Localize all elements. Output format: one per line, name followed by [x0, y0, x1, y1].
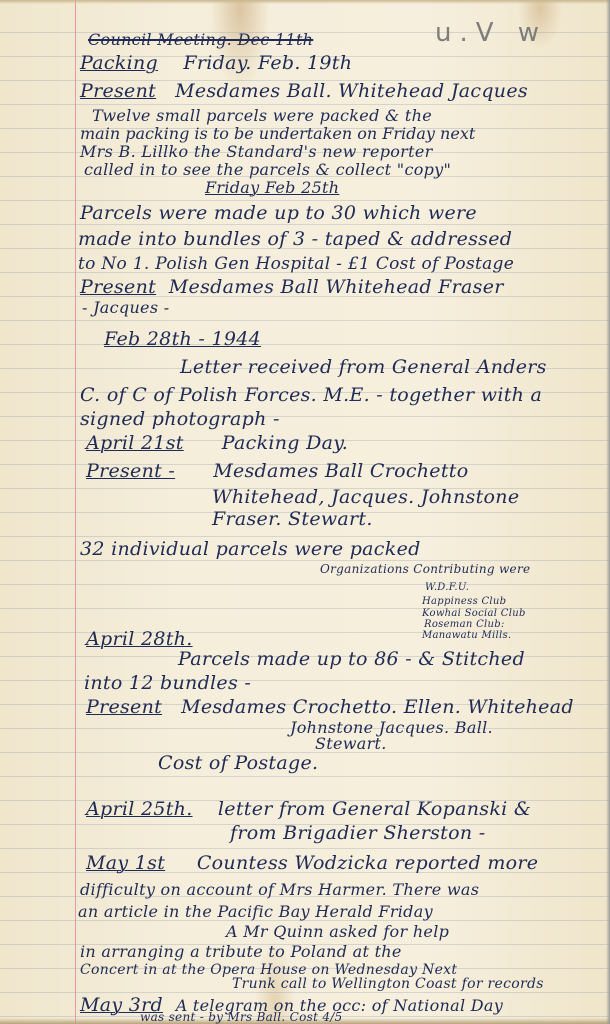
minutes-line: made into bundles of 3 - taped & address…	[78, 228, 512, 250]
minutes-line: from Brigadier Sherston -	[230, 822, 485, 844]
minutes-line: A Mr Quinn asked for help	[226, 922, 449, 941]
pencil-annotation: u.V w	[435, 18, 547, 48]
attendees: Mesdames Ball. Whitehead Jacques	[175, 80, 528, 102]
date-heading: April 25th. letter from General Kopanski…	[86, 798, 531, 820]
attendees-continued: - Jacques -	[82, 298, 169, 317]
minutes-line: signed photograph -	[80, 408, 280, 430]
attendees-continued: Whitehead, Jacques. Johnstone	[212, 486, 519, 508]
attendees-continued: Stewart.	[315, 734, 387, 753]
minutes-line: 32 individual parcels were packed	[80, 538, 421, 560]
heading-title: Countess Wodzicka reported more	[197, 852, 539, 874]
minutes-line: Mrs B. Lillko the Standard's new reporte…	[80, 142, 433, 161]
organization-item: Kowhai Social Club	[422, 608, 526, 619]
minutes-line: Cost of Postage.	[158, 752, 318, 774]
present-line: Present Mesdames Crochetto. Ellen. White…	[86, 696, 574, 718]
heading-date: Friday Feb 25th	[205, 178, 339, 197]
minutes-line: Letter received from General Anders	[180, 356, 547, 378]
present-label: Present -	[86, 460, 175, 482]
minutes-line: was sent - by Mrs Ball. Cost 4/5	[140, 1010, 343, 1024]
heading-date: April 25th.	[86, 798, 193, 820]
heading-title: Packing Day.	[222, 432, 348, 454]
heading-date: Friday. Feb. 19th	[183, 52, 352, 74]
attendees: Mesdames Crochetto. Ellen. Whitehead	[181, 696, 574, 718]
date-heading: April 21st Packing Day.	[86, 432, 348, 454]
attendees: Mesdames Ball Crochetto	[213, 460, 468, 482]
page-top-edge	[0, 0, 610, 4]
minutes-line: Twelve small parcels were packed & the	[92, 106, 432, 125]
packing-heading: Packing Friday. Feb. 19th	[80, 52, 352, 74]
minutes-line: into 12 bundles -	[84, 672, 251, 694]
minutes-line: called in to see the parcels & collect "…	[84, 160, 451, 179]
present-label: Present	[80, 276, 156, 298]
organization-item: Manawatu Mills.	[422, 630, 511, 641]
organization-item: Roseman Club:	[424, 619, 505, 630]
present-label: Present	[80, 80, 156, 102]
minutes-line: to No 1. Polish Gen Hospital - £1 Cost o…	[78, 254, 514, 274]
minutes-line: Organizations Contributing were	[320, 562, 530, 576]
heading-title: letter from General Kopanski &	[218, 798, 531, 820]
minutes-line: main packing is to be undertaken on Frid…	[80, 124, 475, 143]
attendees: Mesdames Ball Whitehead Fraser	[169, 276, 504, 298]
date-heading: Friday Feb 25th	[205, 178, 339, 197]
struck-heading: Council Meeting. Dec 11th	[88, 30, 313, 49]
heading-date: April 21st	[86, 432, 184, 454]
organization-item: Happiness Club	[422, 596, 506, 607]
attendees-continued: Fraser. Stewart.	[212, 508, 373, 530]
organization-item: W.D.F.U.	[425, 582, 469, 593]
minutes-line: an article in the Pacific Bay Herald Fri…	[78, 902, 433, 921]
minutes-line: Parcels made up to 86 - & Stitched	[178, 648, 525, 670]
minutes-line: C. of C of Polish Forces. M.E. - togethe…	[80, 384, 542, 406]
minutes-line: Parcels were made up to 30 which were	[80, 202, 477, 224]
minutes-line: difficulty on account of Mrs Harmer. The…	[80, 880, 479, 899]
present-label: Present	[86, 696, 162, 718]
date-heading: April 28th.	[86, 628, 193, 650]
minutes-line: in arranging a tribute to Poland at the	[80, 942, 402, 961]
section-label: Packing	[80, 52, 158, 74]
date-heading: Feb 28th - 1944	[104, 328, 261, 350]
present-line: Present Mesdames Ball. Whitehead Jacques	[80, 80, 528, 102]
page-right-edge	[606, 0, 610, 1024]
margin-line	[75, 0, 76, 1024]
minutes-line: Trunk call to Wellington Coast for recor…	[232, 976, 544, 992]
present-line: Present - Mesdames Ball Crochetto	[86, 460, 468, 482]
date-heading: May 1st Countess Wodzicka reported more	[86, 852, 538, 874]
heading-date: May 1st	[86, 852, 165, 874]
present-line: Present Mesdames Ball Whitehead Fraser	[80, 276, 504, 298]
